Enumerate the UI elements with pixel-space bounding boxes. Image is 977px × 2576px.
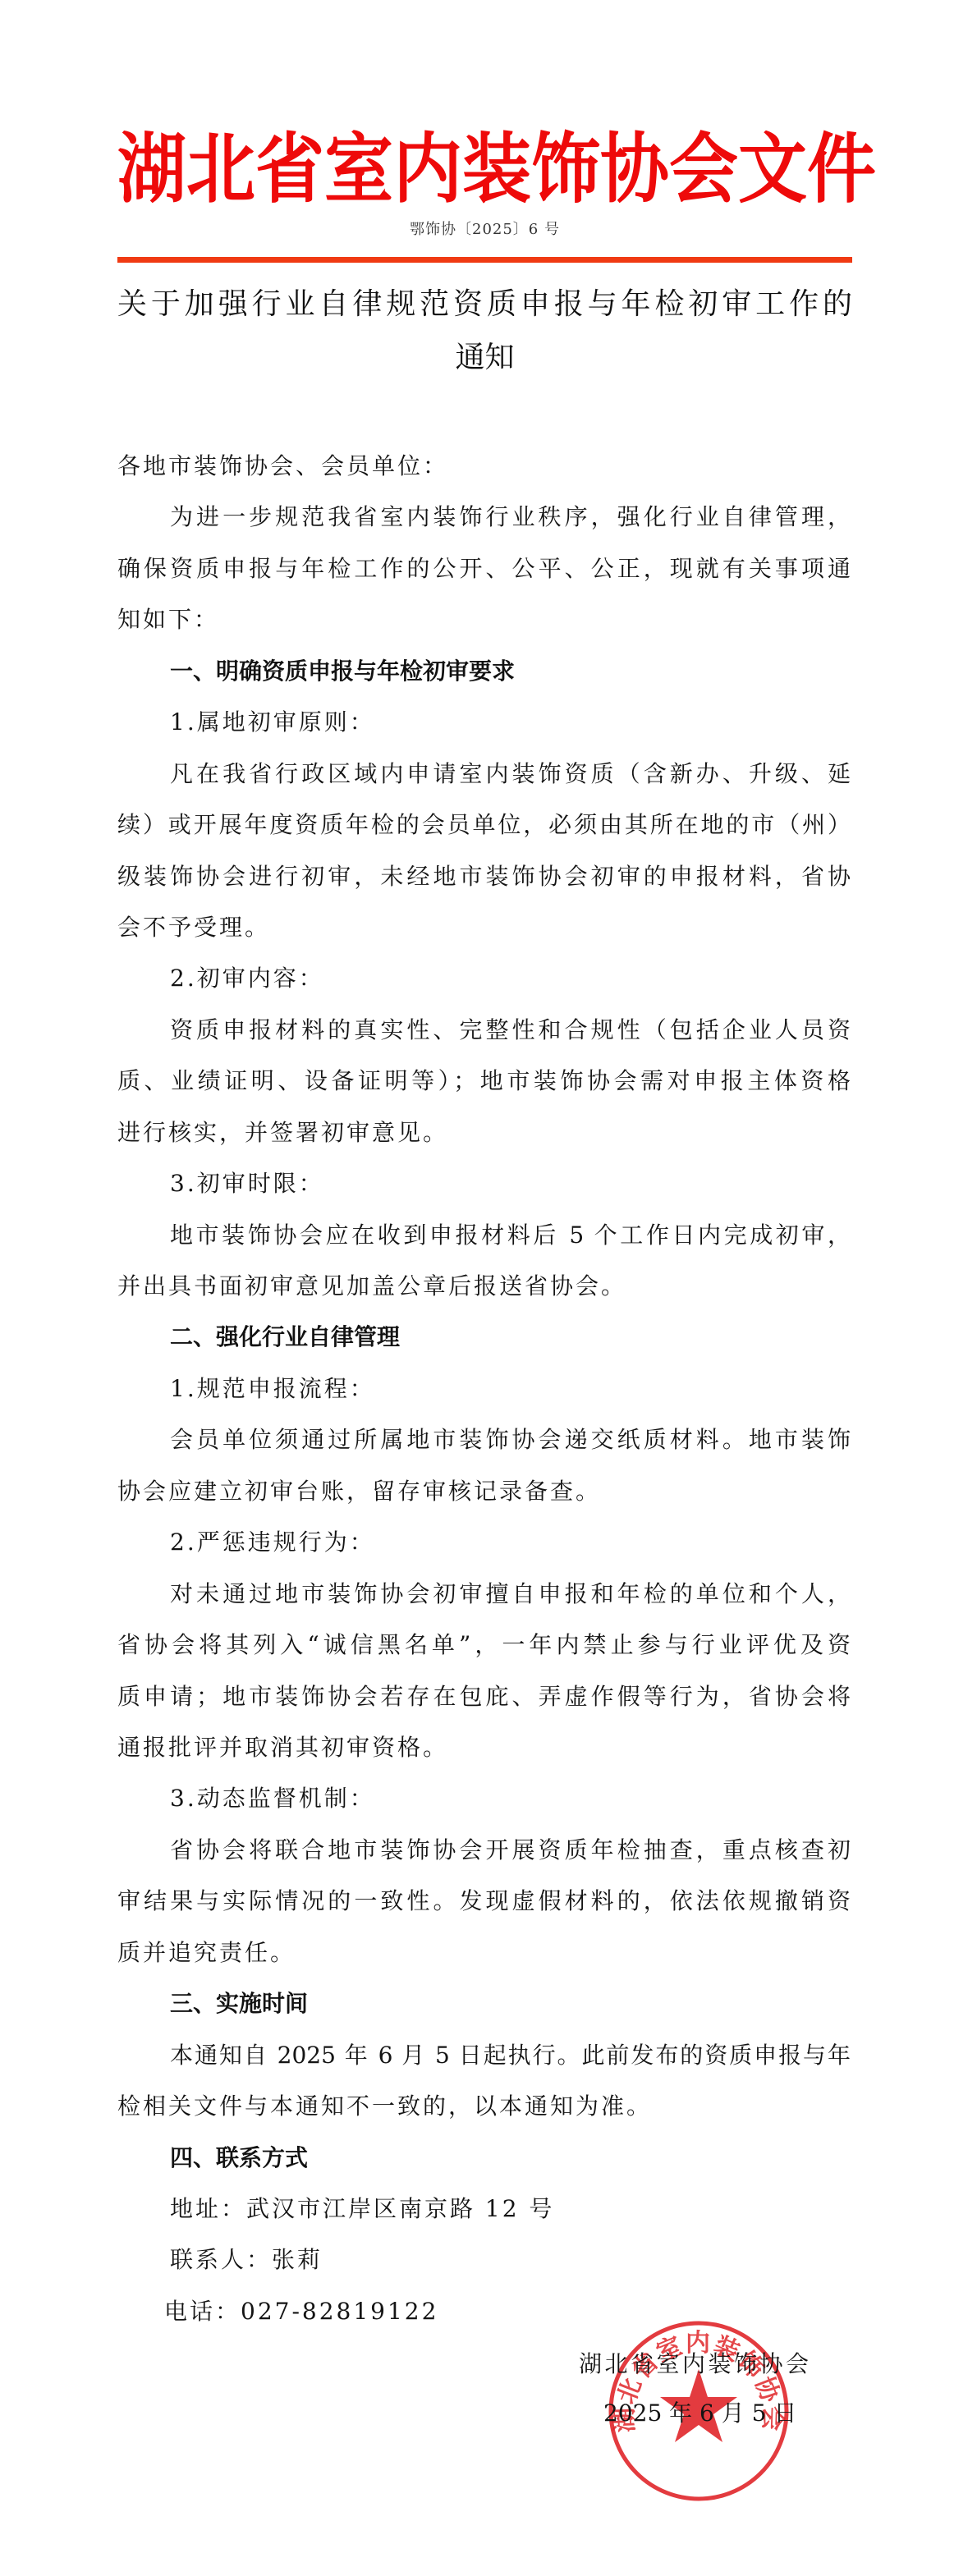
body-line: 各地市装饰协会、会员单位： [117,441,448,492]
document-number: 鄂饰协〔2025〕6 号 [117,220,852,240]
body-line: 级装饰协会进行初审，未经地市装饰协会初审的申报材料，省协 [117,851,851,902]
section-heading: 三、实施时间 [170,1978,308,2029]
body-line: 本通知自 2025 年 6 月 5 日起执行。此前发布的资质申报与年 [170,2030,851,2081]
body-line: 确保资质申报与年检工作的公开、公平、公正，现就有关事项通 [117,543,851,594]
body-line: 地址：武汉市江岸区南京路 12 号 [170,2184,554,2235]
body-line: 凡在我省行政区域内申请室内装饰资质（含新办、升级、延 [170,749,851,800]
body-line: 3.初审时限： [170,1158,324,1209]
body-line: 续）或开展年度资质年检的会员单位，必须由其所在地的市（州） [117,800,851,850]
body-line: 会员单位须通过所属地市装饰协会递交纸质材料。地市装饰 [170,1414,851,1465]
body-line: 1.规范申报流程： [170,1364,375,1414]
body-line: 为进一步规范我省室内装饰行业秩序，强化行业自律管理， [170,492,851,543]
body-line: 质申请；地市装饰协会若存在包庇、弄虚作假等行为，省协会将 [117,1671,851,1722]
body-line: 省协会将其列入“诚信黑名单”，一年内禁止参与行业评优及资 [117,1620,851,1671]
signature-organization: 湖北省室内装饰协会 [579,2348,809,2381]
body-line: 会不予受理。 [117,902,270,953]
body-line: 对未通过地市装饰协会初审擅自申报和年检的单位和个人， [170,1569,851,1620]
subject-line-1: 关于加强行业自律规范资质申报与年检初审工作的 [117,285,852,324]
body-line: 知如下： [117,594,219,645]
body-line: 审结果与实际情况的一致性。发现虚假材料的，依法依规撤销资 [117,1876,851,1927]
body-line: 地市装饰协会应在收到申报材料后 5 个工作日内完成初审， [170,1210,851,1261]
section-heading: 一、明确资质申报与年检初审要求 [170,646,515,697]
body-line: 并出具书面初审意见加盖公章后报送省协会。 [117,1261,626,1312]
body-line: 资质申报材料的真实性、完整性和合规性（包括企业人员资 [170,1005,851,1056]
body-line: 1.属地初审原则： [170,697,375,748]
section-heading: 四、联系方式 [170,2133,308,2184]
document-title: 湖北省室内装饰协会文件 [117,118,852,219]
body-line: 2.初审内容： [170,953,324,1004]
body-line: 电话：027-82819122 [164,2286,438,2337]
body-line: 2.严惩违规行为： [170,1517,375,1568]
body-line: 检相关文件与本通知不一致的，以本通知为准。 [117,2081,652,2132]
signature-date: 2025 年 6 月 5 日 [603,2397,789,2430]
body-line: 质并追究责任。 [117,1927,296,1978]
subject-line-2: 通知 [117,338,852,378]
body-line: 通报批评并取消其初审资格。 [117,1722,448,1773]
body-line: 省协会将联合地市装饰协会开展资质年检抽查，重点核查初 [170,1825,851,1876]
body-line: 进行核实，并签署初审意见。 [117,1107,448,1158]
body-line: 协会应建立初审台账，留存审核记录备查。 [117,1466,601,1517]
body-line: 质、业绩证明、设备证明等）；地市装饰协会需对申报主体资格 [117,1056,851,1107]
body-line: 3.动态监督机制： [170,1773,375,1824]
body-line: 联系人：张莉 [170,2235,323,2285]
red-header-rule [117,257,852,263]
section-heading: 二、强化行业自律管理 [170,1312,400,1363]
